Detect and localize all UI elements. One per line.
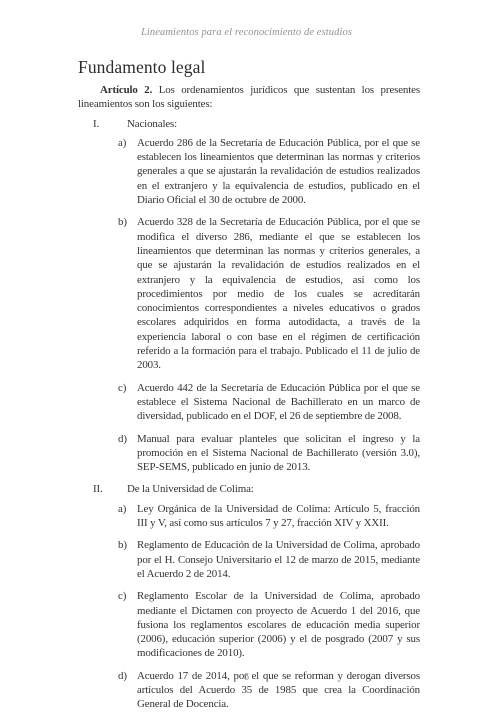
list-item-letter: a) (118, 136, 137, 207)
list-item: b) Acuerdo 328 de la Secretaría de Educa… (118, 215, 420, 372)
list-item-text: Reglamento de Educación de la Universida… (137, 538, 420, 581)
section-label: De la Universidad de Colima: (127, 482, 420, 496)
list-item-letter: b) (118, 538, 137, 581)
document-page: Lineamientos para el reconocimiento de e… (0, 0, 493, 715)
running-header: Lineamientos para el reconocimiento de e… (0, 27, 493, 38)
article-lead: Artículo 2. (100, 84, 152, 96)
list-item-text: Acuerdo 328 de la Secretaría de Educació… (137, 215, 420, 372)
list-item-letter: d) (118, 432, 137, 475)
lettered-list: a) Acuerdo 286 de la Secretaría de Educa… (118, 136, 420, 475)
section-numeral: II. (78, 482, 127, 496)
list-item-text: Ley Orgánica de la Universidad de Colima… (137, 502, 420, 531)
section-label: Nacionales: (127, 117, 420, 131)
list-item: c) Acuerdo 442 de la Secretaría de Educa… (118, 381, 420, 424)
list-item: a) Ley Orgánica de la Universidad de Col… (118, 502, 420, 531)
list-item-text: Acuerdo 442 de la Secretaría de Educació… (137, 381, 420, 424)
section-heading: I. Nacionales: (78, 117, 420, 131)
list-item: b) Reglamento de Educación de la Univers… (118, 538, 420, 581)
list-item-text: Reglamento Escolar de la Universidad de … (137, 589, 420, 660)
page-number: 6 (0, 672, 493, 683)
page-content: Fundamento legal Artículo 2. Los ordenam… (78, 57, 420, 715)
list-item-letter: c) (118, 589, 137, 660)
list-item-letter: b) (118, 215, 137, 372)
section-nacionales: I. Nacionales: a) Acuerdo 286 de la Secr… (78, 117, 420, 475)
list-item-text: Manual para evaluar planteles que solici… (137, 432, 420, 475)
list-item-letter: c) (118, 381, 137, 424)
list-item: d) Manual para evaluar planteles que sol… (118, 432, 420, 475)
page-title: Fundamento legal (78, 57, 420, 78)
list-item: a) Acuerdo 286 de la Secretaría de Educa… (118, 136, 420, 207)
article-paragraph: Artículo 2. Los ordenamientos jurídicos … (78, 83, 420, 112)
section-heading: II. De la Universidad de Colima: (78, 482, 420, 496)
section-numeral: I. (78, 117, 127, 131)
list-item: c) Reglamento Escolar de la Universidad … (118, 589, 420, 660)
list-item-letter: a) (118, 502, 137, 531)
list-item-text: Acuerdo 286 de la Secretaría de Educació… (137, 136, 420, 207)
